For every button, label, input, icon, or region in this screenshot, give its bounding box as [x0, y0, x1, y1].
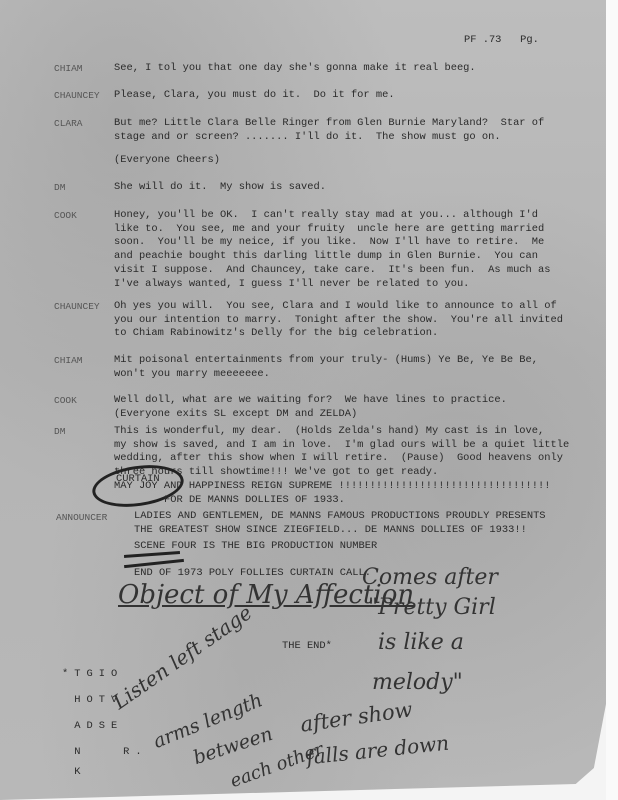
- dialogue-line: Please, Clara, you must do it. Do it for…: [114, 89, 395, 103]
- rehearsal-line: FOR DE MANNS DOLLIES OF 1933.: [164, 494, 345, 508]
- dialogue-line: (Everyone exits SL except DM and ZELDA): [114, 408, 357, 422]
- curtain-cue: CURTAIN: [116, 473, 160, 487]
- dialogue-line: See, I tol you that one day she's gonna …: [114, 62, 476, 76]
- announcer-line-1: LADIES AND GENTLEMEN, DE MANNS FAMOUS PR…: [134, 510, 546, 524]
- dialogue-line: She will do it. My show is saved.: [114, 181, 326, 195]
- dialogue-line: Mit poisonal entertainments from your tr…: [114, 354, 538, 368]
- announcer-line-2: THE GREATEST SHOW SINCE ZIEGFIELD... DE …: [134, 524, 527, 538]
- dialogue-line: Honey, you'll be OK. I can't really stay…: [114, 209, 538, 223]
- page-number: PF .73 Pg.: [464, 34, 539, 48]
- speaker-dm: DM: [54, 426, 65, 437]
- speaker-dm: DM: [54, 182, 65, 193]
- handwritten-note-right-2: "Pretty Girl: [368, 595, 496, 620]
- handwritten-note-right-4: melody": [372, 670, 463, 695]
- acrostic-row-1: *TGIO: [62, 668, 123, 682]
- dialogue-line: you our intention to marry. Tonight afte…: [114, 314, 563, 328]
- acrostic-row-5: K: [62, 766, 86, 780]
- handwritten-note-right-3: is like a: [378, 630, 464, 655]
- dialogue-line: wedding, after this show when I will ret…: [114, 452, 563, 466]
- dialogue-line: I've always wanted, I guess I'll never b…: [114, 278, 469, 292]
- dialogue-line: (Everyone Cheers): [114, 154, 220, 168]
- end-line: END OF 1973 POLY FOLLIES CURTAIN CALL.: [134, 567, 371, 581]
- speaker-chiam: CHIAM: [54, 355, 83, 366]
- speaker-cook: COOK: [54, 395, 77, 406]
- the-end: THE END*: [282, 640, 332, 654]
- speaker-clara: CLARA: [54, 118, 83, 129]
- dialogue-line: Oh yes you will. You see, Clara and I wo…: [114, 300, 557, 314]
- acrostic-row-3: ADSE: [62, 720, 123, 734]
- dialogue-line: my show is saved, and I am in love. I'm …: [114, 439, 569, 453]
- dialogue-line: But me? Little Clara Belle Ringer from G…: [114, 117, 544, 131]
- dialogue-line: like to. You see, me and your fruity unc…: [114, 223, 544, 237]
- speaker-chauncey: CHAUNCEY: [54, 301, 100, 312]
- dialogue-line: won't you marry meeeeeee.: [114, 368, 270, 382]
- speaker-cook: COOK: [54, 210, 77, 221]
- speaker-announcer: ANNOUNCER: [56, 512, 107, 523]
- dialogue-line: stage and or screen? ....... I'll do it.…: [114, 131, 501, 145]
- speaker-chiam: CHIAM: [54, 63, 83, 74]
- dialogue-line: to Chiam Rabinowitz's Delly for the big …: [114, 327, 438, 341]
- speaker-chauncey: CHAUNCEY: [54, 90, 100, 101]
- dialogue-line: Well doll, what are we waiting for? We h…: [114, 394, 507, 408]
- handwritten-note-right-1: Comes after: [362, 565, 498, 590]
- acrostic-row-4: N R.: [62, 746, 148, 760]
- dialogue-line: This is wonderful, my dear. (Holds Zelda…: [114, 425, 544, 439]
- dialogue-line: soon. You'll be my neice, if you like. N…: [114, 236, 544, 250]
- dialogue-line: and peachie bought this darling little d…: [114, 250, 538, 264]
- dialogue-line: visit I suppose. And Chauncey, take care…: [114, 264, 550, 278]
- page-edge: [606, 0, 618, 800]
